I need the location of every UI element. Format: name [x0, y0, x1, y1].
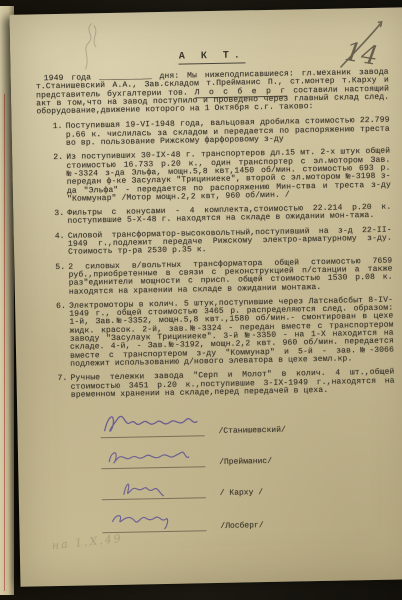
- typed-name: /Лосберг/: [220, 521, 263, 531]
- item-text: Электромоторы в колич. 5 штук,поступивши…: [69, 296, 394, 369]
- handwritten-signature-stanishevsky: [100, 409, 204, 438]
- item-text: Из поступивших 30-IX-48 г. транспортеров…: [66, 148, 391, 204]
- pencil-scribble-icon: [70, 17, 111, 78]
- signature-row: /Прейманис/: [101, 441, 396, 470]
- item-number: 2.: [53, 154, 67, 204]
- handwritten-signature-karhu: [101, 475, 205, 500]
- list-item: 3. Фильтры с конусами - 4 комплекта,стои…: [54, 204, 391, 227]
- list-item: 4. Силовой трансформатор-высоковольтный,…: [55, 226, 392, 257]
- list-item: 5. 2 силовых в/вольтных трансформатора о…: [55, 257, 393, 297]
- typed-name: /Прейманис/: [219, 457, 272, 467]
- page-number-text: 14: [343, 37, 380, 72]
- signature-row: / Карху /: [101, 472, 396, 501]
- page-content: А К Т. 1949 года ___________ дня: Мы ниж…: [10, 7, 402, 535]
- item-text: Поступившая 19-VI-1948 года, вальцовая д…: [66, 117, 390, 148]
- page-number-mark: 14: [330, 12, 390, 77]
- item-text: Силовой трансформатор-высоковольтный,пос…: [68, 226, 392, 257]
- item-number: 7.: [57, 375, 70, 400]
- handwritten-signature-preimanis: [101, 444, 205, 469]
- item-number: 6.: [56, 303, 70, 370]
- margin-red-line: [4, 94, 5, 591]
- item-list: 1. Поступившая 19-VI-1948 года, вальцова…: [53, 117, 395, 400]
- list-item: 1. Поступившая 19-VI-1948 года, вальцова…: [53, 117, 390, 148]
- document-page: 14 А К Т. 1949 года ___________ дня: Мы …: [10, 7, 402, 587]
- handwritten-signature-losberg: [102, 506, 206, 533]
- list-item: 2. Из поступивших 30-IX-48 г. транспорте…: [53, 148, 391, 204]
- signature-row: /Лосберг/: [102, 503, 397, 534]
- item-number: 1.: [53, 123, 66, 148]
- pencil-note: на 1.X.49: [51, 532, 123, 552]
- typed-name: /Станишевский/: [218, 426, 285, 436]
- signature-block: /Станишевский/ /Прейманис/: [100, 406, 397, 534]
- item-text: Ручные тележки завода "Серп и Молот" в к…: [70, 369, 394, 400]
- item-number: 4.: [55, 233, 68, 258]
- list-item: 7. Ручные тележки завода "Серп и Молот" …: [57, 369, 394, 400]
- item-number: 5.: [55, 263, 69, 296]
- list-item: 6. Электромоторы в колич. 5 штук,поступи…: [56, 296, 394, 369]
- signature-row: /Станишевский/: [100, 406, 395, 439]
- scanned-document-photo: 14 А К Т. 1949 года ___________ дня: Мы …: [0, 0, 402, 600]
- item-number: 3.: [54, 210, 67, 227]
- typed-name: / Карху /: [220, 488, 263, 498]
- item-text: Фильтры с конусами - 4 комплекта,стоимос…: [67, 204, 391, 227]
- item-text: 2 силовых в/вольтных трансформатора обще…: [68, 257, 393, 296]
